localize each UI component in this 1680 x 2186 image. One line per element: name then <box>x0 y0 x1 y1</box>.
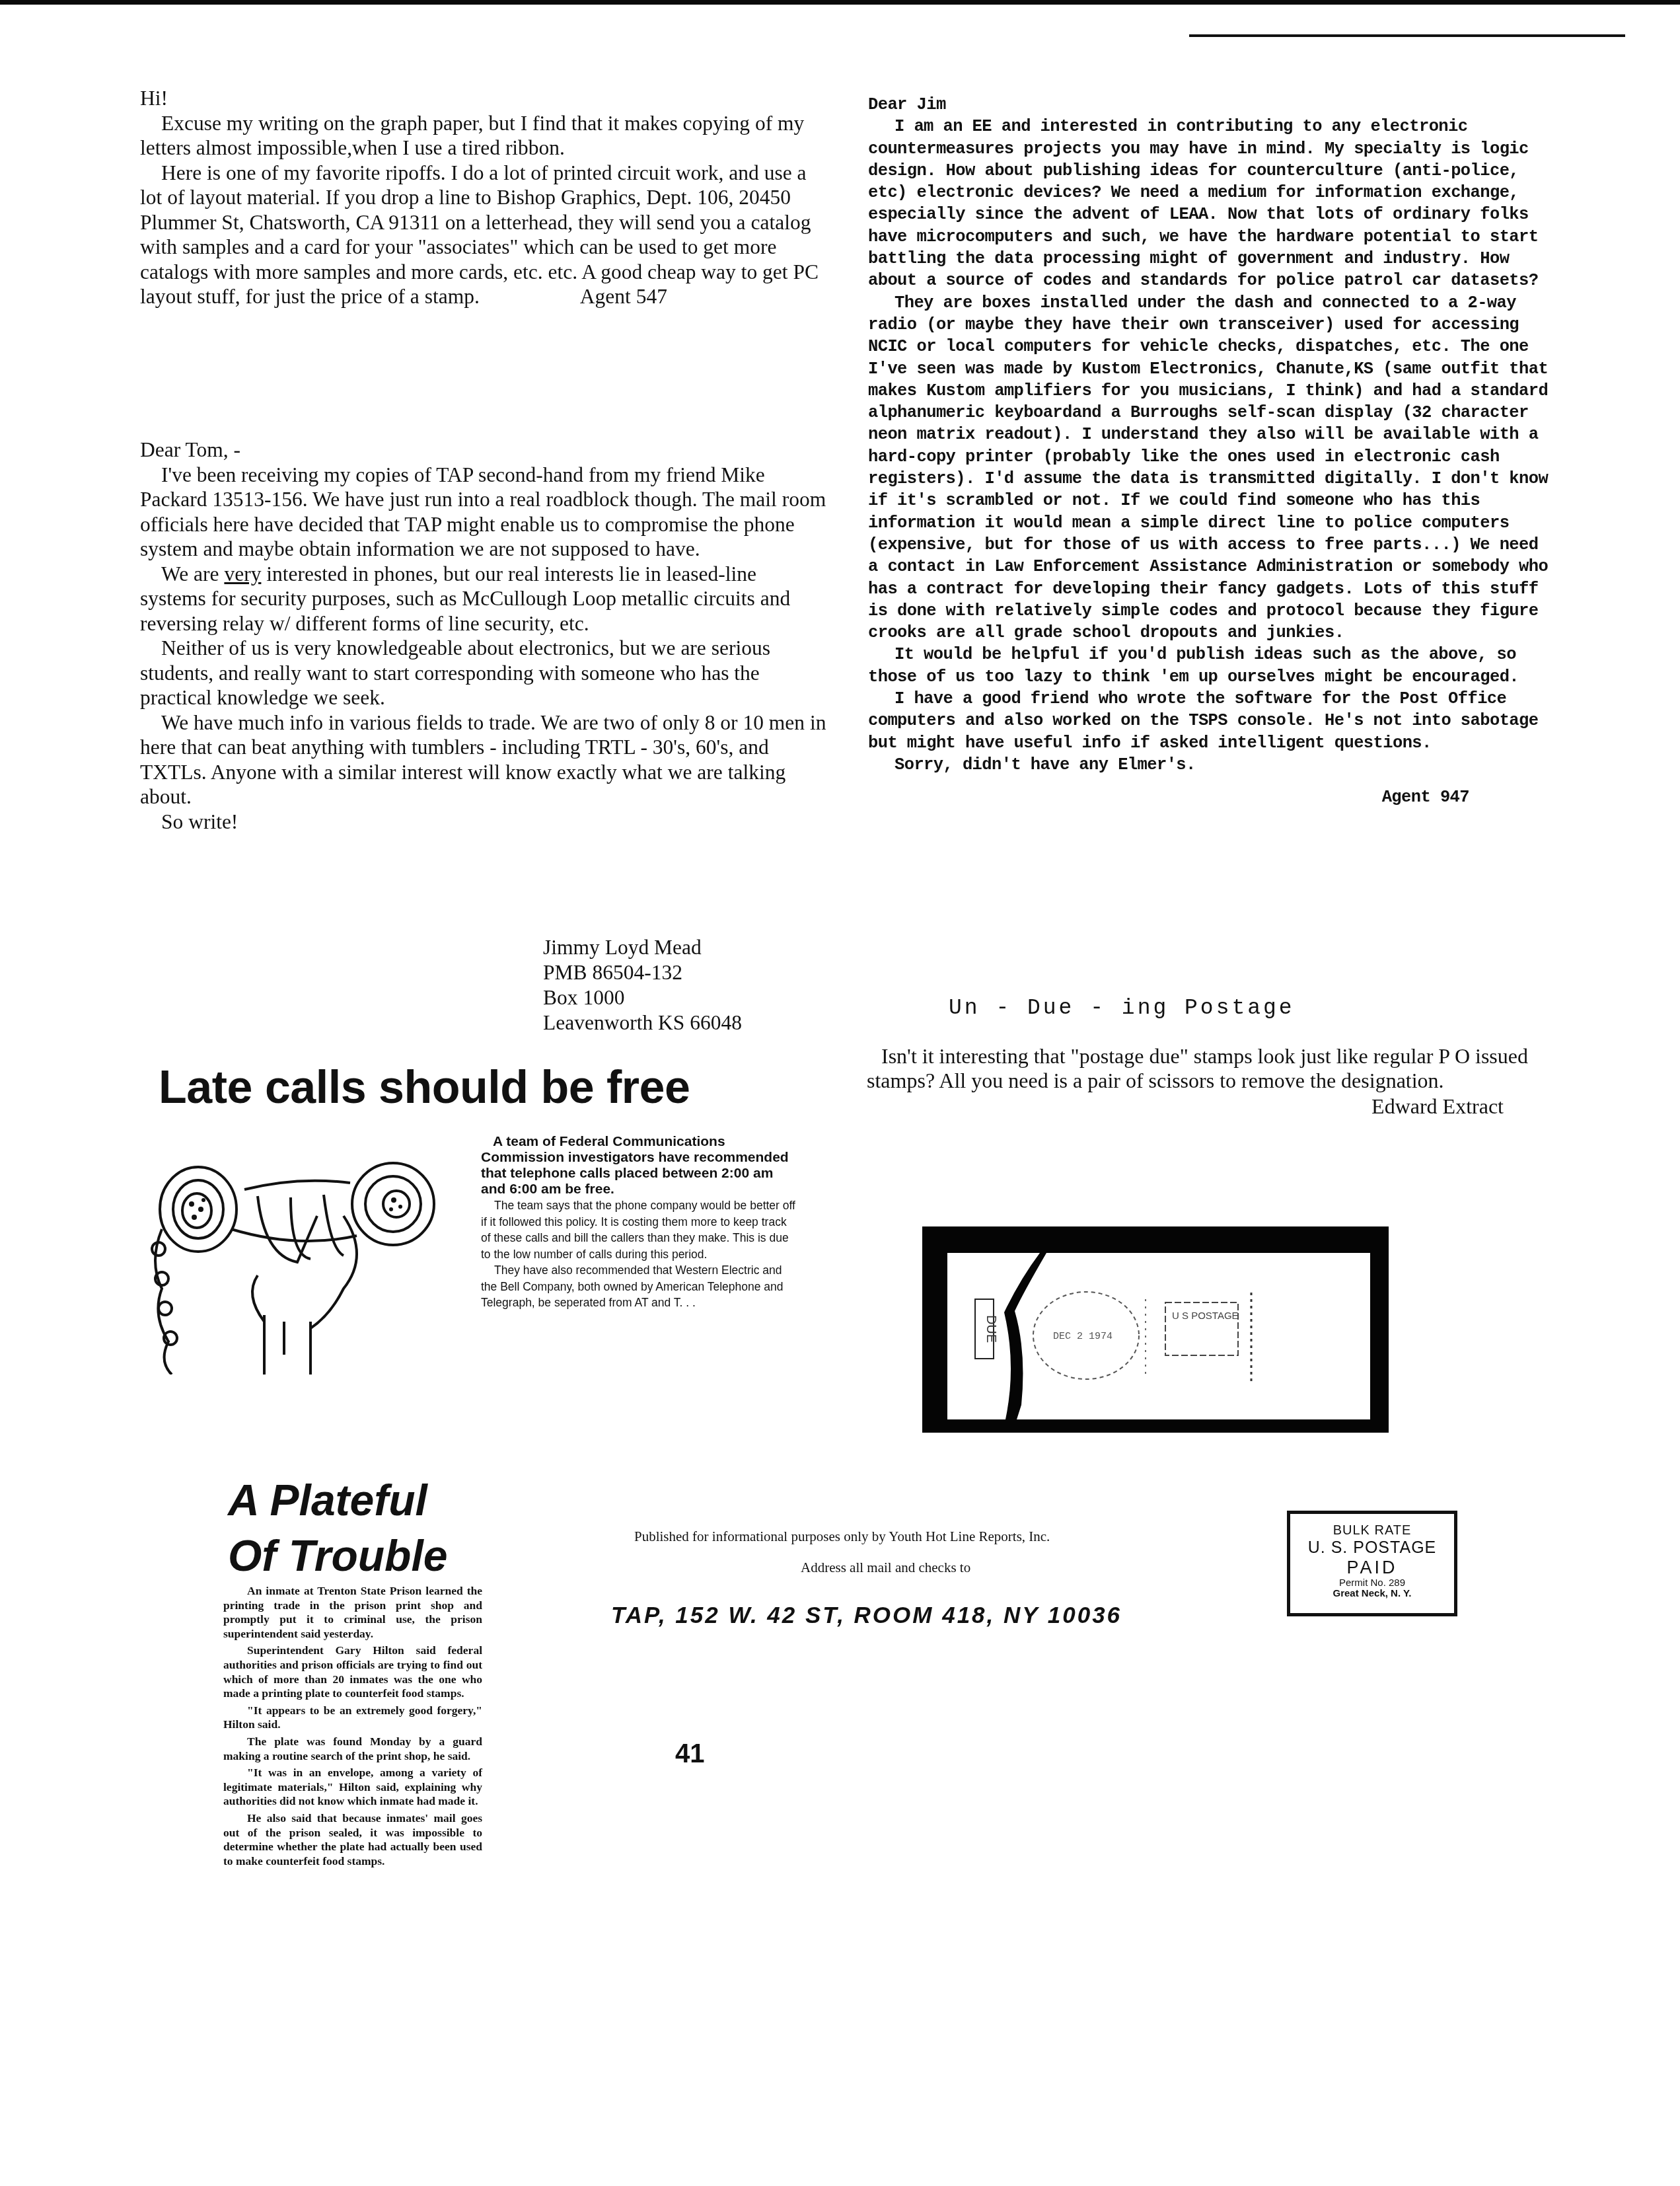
letter-dear-jim: Dear Jim I am an EE and interested in co… <box>868 94 1555 809</box>
letter-paragraph: Excuse my writing on the graph paper, bu… <box>140 111 827 161</box>
address-line: PMB 86504-132 <box>543 960 742 985</box>
letter-paragraph: It would be helpful if you'd publish ide… <box>868 644 1555 688</box>
article-paragraph: Isn't it interesting that "postage due" … <box>867 1044 1534 1093</box>
stamp-cut-icon: DUE DEC 2 1974 U S POSTAGE <box>947 1253 1370 1419</box>
letter-paragraph: Here is one of my favorite ripoffs. I do… <box>140 161 827 309</box>
page-top-border <box>0 0 1680 5</box>
article-paragraph: He also said that because inmates' mail … <box>223 1811 482 1868</box>
indicia-line: Permit No. 289 <box>1290 1578 1454 1589</box>
underlined-emphasis: very <box>224 562 261 585</box>
letter-paragraph-text: Here is one of my favorite ripoffs. I do… <box>140 161 819 309</box>
article-headline: Late calls should be free <box>159 1061 690 1113</box>
svg-text:DUE: DUE <box>984 1315 998 1343</box>
address-label: Address all mail and checks to <box>801 1560 970 1576</box>
article-paragraph: An inmate at Trenton State Prison learne… <box>223 1584 482 1641</box>
indicia-line: BULK RATE <box>1290 1523 1454 1538</box>
article-paragraph: "It appears to be an extremely good forg… <box>223 1704 482 1732</box>
late-calls-article: A team of Federal Communications Commiss… <box>481 1134 799 1311</box>
indicia-line: PAID <box>1290 1558 1454 1578</box>
letter-greeting: Dear Tom, - <box>140 437 827 463</box>
postage-due-stamp-image: DUE DEC 2 1974 U S POSTAGE <box>922 1226 1389 1433</box>
article-paragraph: The plate was found Monday by a guard ma… <box>223 1735 482 1763</box>
letter-paragraph: They are boxes installed under the dash … <box>868 292 1555 644</box>
indicia-line: U. S. POSTAGE <box>1290 1538 1454 1558</box>
article-signature: Edward Extract <box>867 1094 1534 1119</box>
letter-paragraph: We have much info in various fields to t… <box>140 710 827 810</box>
letter-paragraph: Neither of us is very knowledgeable abou… <box>140 636 827 710</box>
plateful-article: An inmate at Trenton State Prison learne… <box>223 1584 482 1868</box>
headline-line: Of Trouble <box>228 1528 447 1583</box>
letter-paragraph: I am an EE and interested in contributin… <box>868 116 1555 291</box>
svg-text:DEC 2 1974: DEC 2 1974 <box>1053 1331 1113 1342</box>
undueing-postage-article: Isn't it interesting that "postage due" … <box>867 1044 1534 1119</box>
article-lead: A team of Federal Communications Commiss… <box>481 1134 799 1197</box>
letter-paragraph: I have a good friend who wrote the softw… <box>868 688 1555 754</box>
bulk-rate-indicia: BULK RATE U. S. POSTAGE PAID Permit No. … <box>1287 1511 1457 1616</box>
section-title: Un - Due - ing Postage <box>949 996 1295 1020</box>
address-line: Leavenworth KS 66048 <box>543 1010 742 1036</box>
stamp-paper: DUE DEC 2 1974 U S POSTAGE <box>947 1253 1370 1419</box>
letter-agent-547: Hi! Excuse my writing on the graph paper… <box>140 86 827 309</box>
mailing-address: TAP, 152 W. 42 ST, ROOM 418, NY 10036 <box>611 1602 1122 1629</box>
letter-greeting: Hi! <box>140 86 827 111</box>
article-headline: A Plateful Of Trouble <box>228 1472 447 1583</box>
article-paragraph: Superintendent Gary Hilton said federal … <box>223 1643 482 1700</box>
svg-text:U S POSTAGE: U S POSTAGE <box>1172 1310 1239 1322</box>
letter-signature: Agent 547 <box>559 284 667 309</box>
letter-closing: So write! <box>140 810 827 835</box>
letter-greeting: Dear Jim <box>868 94 1555 116</box>
hand-holding-phone-icon <box>132 1156 462 1375</box>
letter-paragraph: Sorry, didn't have any Elmer's. <box>868 754 1555 776</box>
address-line: Jimmy Loyd Mead <box>543 935 742 960</box>
headline-line: A Plateful <box>228 1472 447 1528</box>
article-paragraph: They have also recommended that Western … <box>481 1262 799 1311</box>
address-line: Box 1000 <box>543 985 742 1010</box>
letter-paragraph: I've been receiving my copies of TAP sec… <box>140 463 827 562</box>
article-paragraph: "It was in an envelope, among a variety … <box>223 1766 482 1809</box>
letter-paragraph: We are very interested in phones, but ou… <box>140 562 827 636</box>
publisher-notice: Published for informational purposes onl… <box>634 1528 1050 1545</box>
page-number: 41 <box>675 1739 705 1769</box>
return-address: Jimmy Loyd Mead PMB 86504-132 Box 1000 L… <box>543 935 742 1036</box>
letter-dear-tom: Dear Tom, - I've been receiving my copie… <box>140 437 827 834</box>
text-run: We are <box>161 562 224 585</box>
header-rule <box>1189 34 1625 37</box>
indicia-line: Great Neck, N. Y. <box>1290 1589 1454 1599</box>
article-paragraph: The team says that the phone company wou… <box>481 1197 799 1262</box>
letter-signature: Agent 947 <box>868 786 1555 808</box>
